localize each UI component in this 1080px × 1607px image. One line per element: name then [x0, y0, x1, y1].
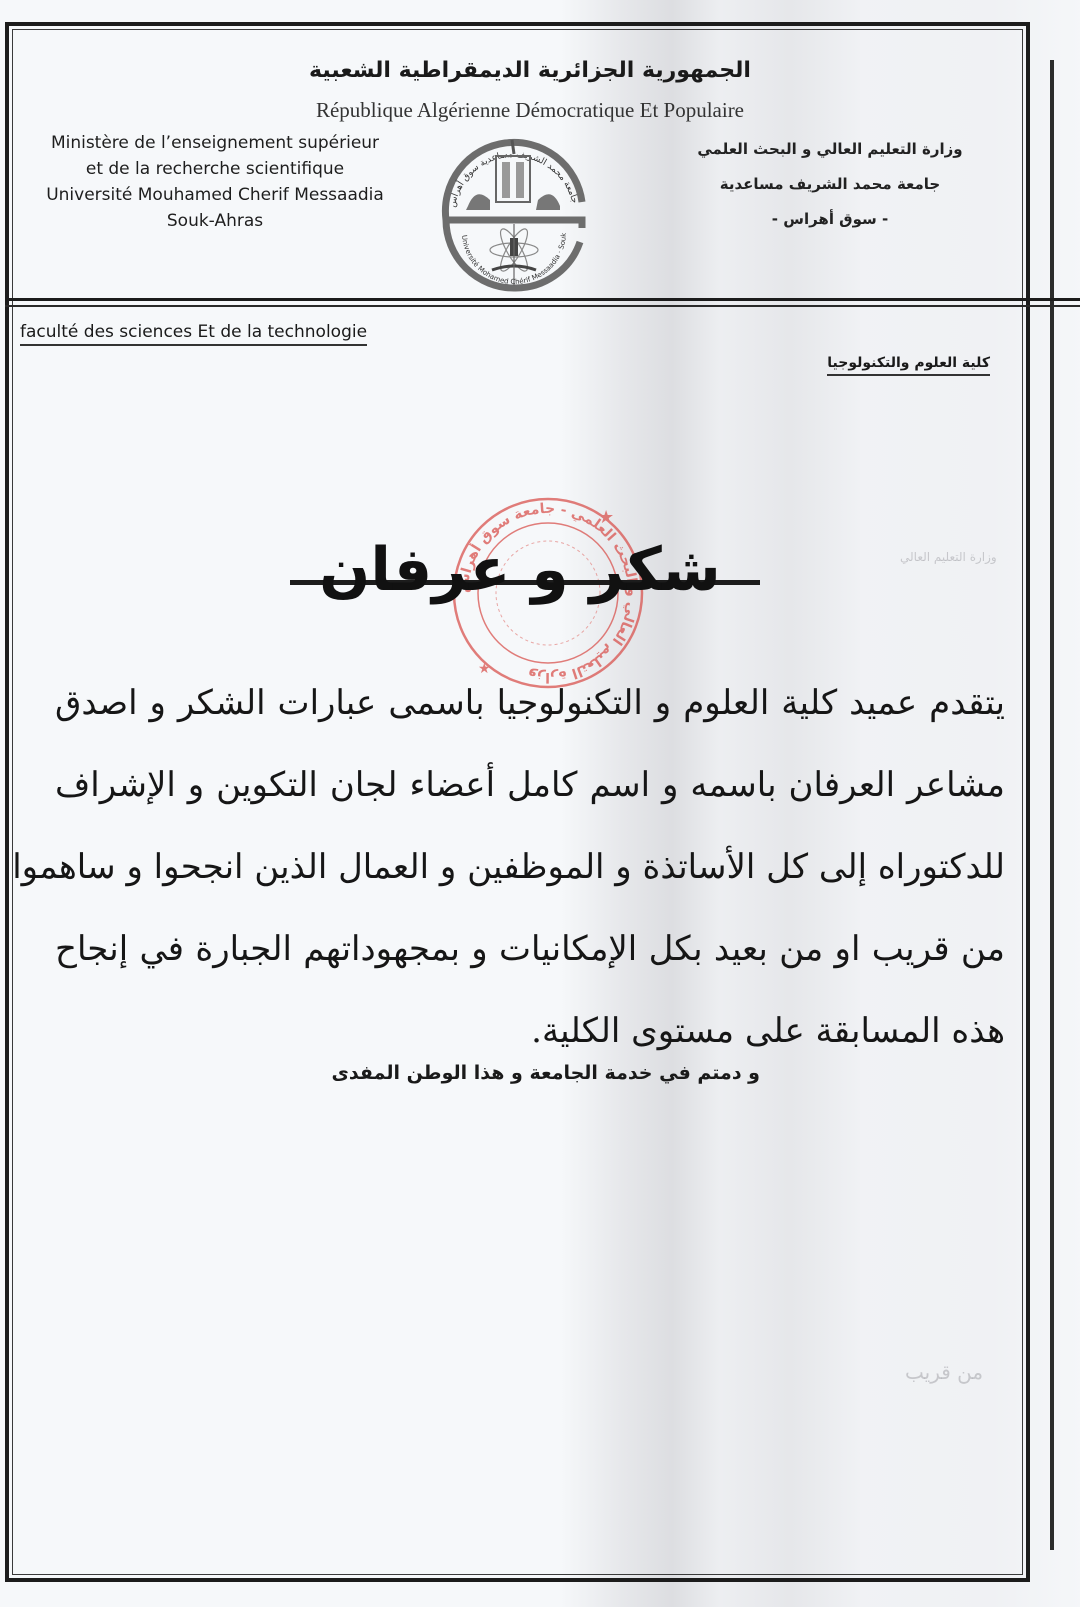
- university-line: Université Mouhamed Cherif Messaadia: [20, 182, 410, 208]
- ministry-line-arabic: وزارة التعليم العالي و البحث العلمي: [690, 132, 970, 167]
- university-line-arabic: جامعة محمد الشريف مساعدية: [690, 167, 970, 202]
- body-line: للدكتوراه إلى كل الأساتذة و الموظفين و ا…: [55, 826, 1005, 908]
- faculty-label-arabic: كلية العلوم والتكنولوجيا: [827, 355, 990, 376]
- document-title: شكر و عرفان: [270, 530, 770, 610]
- ministry-block-arabic: وزارة التعليم العالي و البحث العلمي جامع…: [690, 132, 970, 237]
- closing-phrase: و دمتم في خدمة الجامعة و هذا الوطن المفد…: [270, 1062, 760, 1084]
- body-line: هذه المسابقة على مستوى الكلية.: [55, 990, 1005, 1072]
- university-logo-icon: جامعة محمد الشريف مساعدية سوق أهراس Univ…: [432, 132, 597, 297]
- page-edge-line: [1050, 60, 1054, 1550]
- ministry-line: Ministère de l’enseignement supérieur: [20, 130, 410, 156]
- svg-text:★: ★: [598, 507, 614, 528]
- header-separator: [5, 298, 1080, 307]
- body-line: مشاعر العرفان باسمه و اسم كامل أعضاء لجا…: [55, 744, 1005, 826]
- body-line: من قريب او من بعيد بكل الإمكانيات و بمجه…: [55, 908, 1005, 990]
- ministry-block-french: Ministère de l’enseignement supérieur et…: [20, 130, 410, 234]
- arabic-republic-heading: الجمهورية الجزائرية الديمقراطية الشعبية: [280, 58, 780, 83]
- city-line-arabic: - سوق أهراس -: [690, 202, 970, 237]
- body-line: يتقدم عميد كلية العلوم و التكنولوجيا باس…: [55, 662, 1005, 744]
- bleed-through-text: من قريب: [905, 1360, 983, 1384]
- letter-body: يتقدم عميد كلية العلوم و التكنولوجيا باس…: [55, 662, 1005, 1072]
- french-republic-heading: République Algérienne Démocratique Et Po…: [280, 98, 780, 123]
- ministry-line: et de la recherche scientifique: [20, 156, 410, 182]
- city-line: Souk-Ahras: [20, 208, 410, 234]
- bleed-through-text: وزارة التعليم العالي: [900, 550, 997, 564]
- faculty-label-french: faculté des sciences Et de la technologi…: [20, 322, 367, 346]
